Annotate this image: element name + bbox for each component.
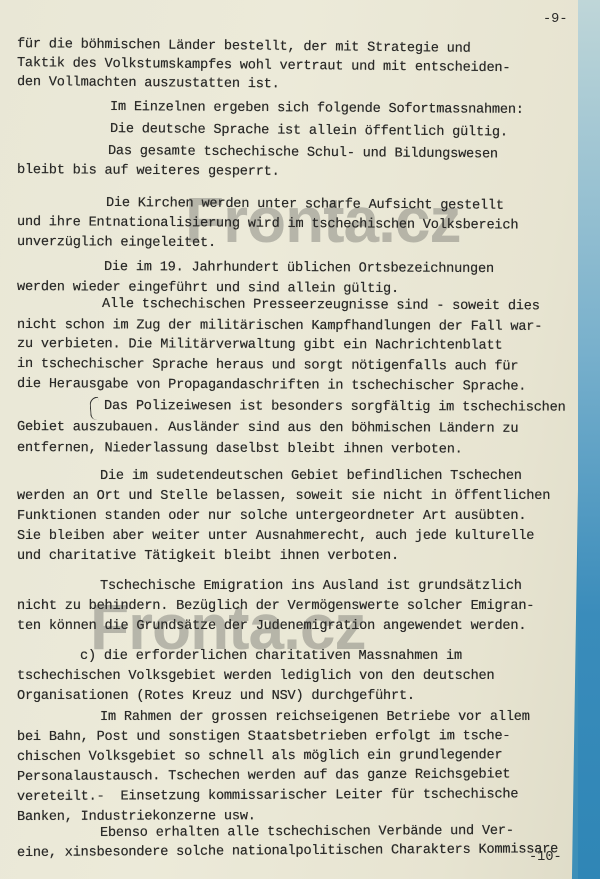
page-number-bottom: -10- — [529, 850, 562, 865]
text-line: Sie bleiben aber weiter unter Ausnahmere… — [17, 529, 534, 544]
text-line: Die im sudetendeutschen Gebiet befindlic… — [100, 469, 522, 484]
text-line: nicht zu behindern. Bezüglich der Vermög… — [17, 599, 534, 614]
text-line: Organisationen (Rotes Kreuz und NSV) dur… — [17, 689, 415, 704]
text-line: Alle tschechischen Presseerzeugnisse sin… — [102, 297, 540, 314]
text-line: vereteilt.- Einsetzung kommissarischer L… — [17, 787, 518, 805]
text-line: Banken, Industriekonzerne usw. — [17, 809, 256, 825]
background-edge — [578, 0, 600, 879]
text-line: chischen Volksgebiet so schnell als mögl… — [17, 748, 502, 765]
text-line: Personalaustausch. Tschechen werden auf … — [17, 767, 510, 785]
text-line: werden an Ort und Stelle belassen, sowei… — [17, 489, 550, 504]
text-line: bleibt bis auf weiteres gesperrt. — [17, 163, 280, 180]
text-line: c) die erforderlichen charitativen Massn… — [80, 649, 462, 664]
text-line: in tschechischer Sprache heraus und sorg… — [17, 357, 518, 375]
text-line: Im Rahmen der grossen reichseigenen Betr… — [100, 710, 530, 725]
text-line: zu verbieten. Die Militärverwaltung gibt… — [17, 337, 502, 354]
handwritten-bracket-mark — [89, 397, 100, 421]
text-line: und charitative Tätigkeit bleibt ihnen v… — [17, 549, 399, 564]
text-line: tschechischen Volksgebiet werden ledigli… — [17, 669, 494, 684]
text-line: werden wieder eingeführt und sind allein… — [17, 280, 399, 297]
text-line: entfernen, Niederlassung daselbst bleibt… — [17, 441, 463, 458]
text-line: Das Polizeiwesen ist besonders sorgfälti… — [104, 399, 566, 416]
text-line: den Vollmachten auszustatten ist. — [17, 75, 280, 92]
text-line: Im Einzelnen ergeben sich folgende Sofor… — [110, 100, 524, 118]
text-line: ten können die Grundsätze der Judenemigr… — [17, 619, 526, 634]
text-line: unverzüglich eingeleitet. — [17, 235, 216, 251]
text-line: Funktionen standen oder nur solche unter… — [17, 509, 526, 524]
text-line: bei Bahn, Post und sonstigen Staatsbetri… — [17, 729, 510, 745]
text-line: Ebenso erhalten alle tschechischen Verbä… — [100, 824, 514, 841]
page-number-top: -9- — [543, 12, 567, 27]
text-line: die Herausgabe von Propagandaschriften i… — [17, 377, 526, 395]
text-line: Tschechische Emigration ins Ausland ist … — [100, 579, 522, 594]
text-line: Die im 19. Jahrhundert üblichen Ortsbeze… — [104, 260, 494, 277]
text-line: Die Kirchen werden unter scharfe Aufsich… — [106, 196, 504, 214]
text-line: nicht schon im Zug der militärischen Kam… — [17, 318, 542, 335]
text-line: Gebiet auszubauen. Ausländer sind aus de… — [17, 420, 518, 437]
